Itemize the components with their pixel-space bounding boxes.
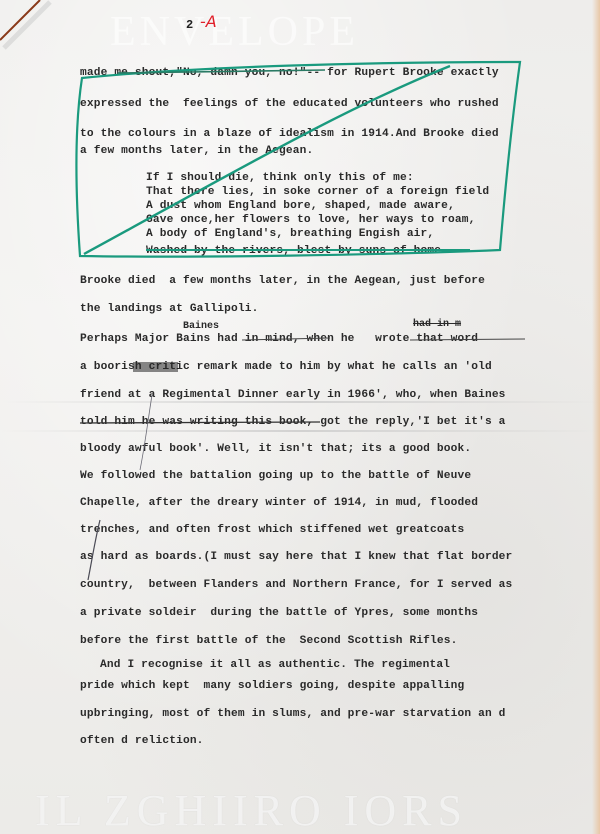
watermark-top: ENVELOPE [110, 8, 359, 56]
paper-fold [0, 401, 600, 403]
deleted-line: a few months later, in the Aegean. [80, 145, 313, 157]
body-line: a boorish critic remark made to him by w… [80, 361, 492, 373]
body-line: upbringing, most of them in slums, and p… [80, 708, 506, 720]
insertion-baines: Baines [183, 321, 219, 332]
body-line: a private soldeir during the battle of Y… [80, 607, 478, 619]
body-line: bloody awful book'. Well, it isn't that;… [80, 443, 471, 455]
body-line: And I recognise it all as authentic. The… [100, 659, 450, 671]
body-line: Perhaps Major Bains had in mind, when he… [80, 333, 478, 345]
body-line: friend at a Regimental Dinner early in 1… [80, 389, 506, 401]
poem-line: Gave once,her flowers to love, her ways … [146, 214, 475, 226]
corner-stain [4, 2, 50, 48]
body-line: before the first battle of the Second Sc… [80, 635, 458, 647]
poem-line: That there lies, in soke corner of a for… [146, 186, 489, 198]
body-line: often d reliction. [80, 735, 204, 747]
corner-stain [0, 0, 40, 40]
paper-edge-stain [592, 0, 600, 834]
body-line: Chapelle, after the dreary winter of 191… [80, 497, 478, 509]
poem-line: A body of England's, breathing Engish ai… [146, 228, 434, 240]
typewritten-page: ENVELOPE IL ZGHIIRO IORS 2 -A made me sh… [0, 0, 600, 834]
deleted-line: made me shout,"No, damn you, no!"-- for … [80, 67, 499, 79]
body-line: as hard as boards.(I must say here that … [80, 551, 512, 563]
poem-line: A dust whom England bore, shaped, made a… [146, 200, 455, 212]
pencil-mark [140, 395, 152, 470]
page-number: 2 [186, 18, 193, 32]
body-line: told him he was writing this book, got t… [80, 416, 506, 428]
paper-fold [0, 430, 600, 432]
poem-line: Washed by the rivers, blest by suns of h… [146, 245, 448, 257]
page-number-suffix: -A [200, 12, 217, 31]
poem-line: If I should die, think only this of me: [146, 172, 414, 184]
body-line: the landings at Gallipoli. [80, 303, 258, 315]
body-line: trenches, and often frost which stiffene… [80, 524, 464, 536]
body-line: pride which kept many soldiers going, de… [80, 680, 464, 692]
insertion-had-in-m: had in m [413, 319, 461, 330]
watermark-bottom: IL ZGHIIRO IORS [35, 785, 468, 834]
deleted-line: expressed the feelings of the educated v… [80, 98, 499, 110]
body-line: We followed the battalion going up to th… [80, 470, 471, 482]
body-line: country, between Flanders and Northern F… [80, 579, 512, 591]
deleted-line: to the colours in a blaze of idealism in… [80, 128, 499, 140]
body-line: Brooke died a few months later, in the A… [80, 275, 485, 287]
